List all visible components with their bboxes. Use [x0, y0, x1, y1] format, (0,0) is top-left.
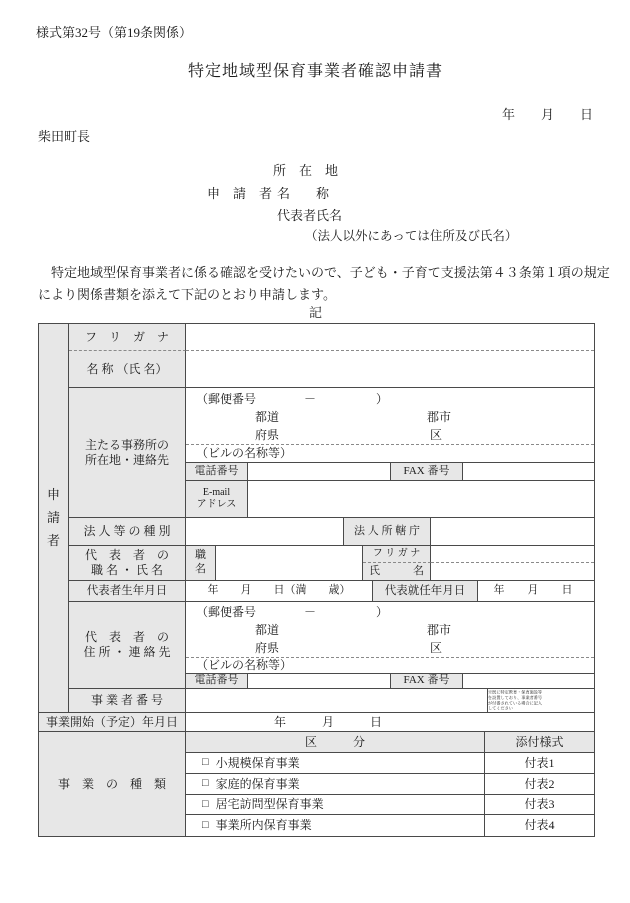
rep-furigana-label: フ リ ガ ナ	[363, 546, 431, 563]
business-type-label: 事 業 の 種 類	[39, 732, 186, 836]
name-field[interactable]	[186, 351, 594, 388]
office-address-field[interactable]: （郵便番号 － ） 都道郡市 府県区	[186, 388, 594, 445]
addressee: 柴田町長	[38, 126, 90, 145]
applicant-vertical-label: 申 請 者	[39, 324, 69, 713]
furigana-label: フ リ ガ ナ	[69, 324, 186, 351]
rep-building-field[interactable]: （ビルの名称等）	[186, 658, 594, 674]
office-tel-field[interactable]	[248, 463, 391, 481]
checkbox-icon[interactable]: □	[202, 756, 209, 770]
applicant-label: 申 請 者	[207, 183, 272, 202]
corp-authority-label: 法 人 所 轄 庁	[344, 518, 431, 546]
business-type-row-small-scale[interactable]: □小規模保育事業	[186, 753, 485, 774]
business-number-note: ※既に特定教育・保育施設等を設置しており、事業者番号が付番されている場合に記入し…	[488, 689, 594, 713]
birth-date-field[interactable]: 年 月 日（満 歳）	[186, 581, 373, 602]
rep-pref-line2: 府県区	[186, 639, 594, 657]
rep-tel-label: 電話番号	[186, 674, 248, 689]
applicant-name-label: 名 称	[277, 183, 329, 202]
body-paragraph-line1: 特定地域型保育事業者に係る確認を受けたいので、子ども・子育て支援法第４３条第１項…	[38, 262, 594, 281]
rep-postal-line[interactable]: （郵便番号 － ）	[186, 604, 594, 622]
office-building-field[interactable]: （ビルの名称等）	[186, 445, 594, 463]
appointment-date-field[interactable]: 年 月 日	[478, 581, 594, 602]
application-table: 申 請 者 事業開始（予定）年月日 事 業 の 種 類 フ リ ガ ナ 名 称 …	[38, 323, 595, 837]
corp-type-field[interactable]	[186, 518, 344, 546]
non-corporate-note: （法人以外にあっては住所及び氏名）	[305, 226, 517, 244]
office-postal-line[interactable]: （郵便番号 － ）	[186, 390, 594, 408]
form-number: 様式第32号（第19条関係）	[36, 22, 192, 41]
start-date-field[interactable]: 年 月 日	[186, 713, 594, 732]
business-number-label: 事 業 者 番 号	[69, 689, 186, 713]
office-tel-label: 電話番号	[186, 463, 248, 481]
date-line[interactable]: 年 月 日	[38, 104, 593, 123]
rep-name-label: 氏 名	[363, 563, 431, 581]
representative-name-label: 代表者氏名	[277, 205, 342, 224]
body-paragraph-line2: により関係書類を添えて下記のとおり申請します。	[38, 284, 594, 303]
corp-type-label: 法 人 等 の 種 別	[69, 518, 186, 546]
checkbox-icon[interactable]: □	[202, 798, 209, 812]
rep-furigana-field[interactable]	[431, 546, 594, 563]
start-date-label: 事業開始（予定）年月日	[39, 713, 186, 732]
rep-pref-line1: 都道郡市	[186, 622, 594, 640]
checkbox-icon[interactable]: □	[202, 819, 209, 833]
rep-name-field[interactable]	[431, 563, 594, 581]
name-label: 名 称 （氏 名）	[69, 351, 186, 388]
attached-form-4: 付表4	[485, 815, 594, 836]
corp-authority-field[interactable]	[431, 518, 594, 546]
post-title-label: 職 名	[186, 546, 216, 581]
rep-address-field[interactable]: （郵便番号 － ） 都道郡市 府県区	[186, 602, 594, 658]
business-type-row-home[interactable]: □家庭的保育事業	[186, 774, 485, 795]
rep-title-name-label: 代 表 者 の 職 名 ・ 氏 名	[69, 546, 186, 581]
rep-tel-field[interactable]	[248, 674, 391, 689]
email-label: E-mail アドレス	[186, 481, 248, 518]
attached-form-header: 添付様式	[485, 732, 594, 753]
rep-fax-field[interactable]	[463, 674, 594, 689]
attached-form-1: 付表1	[485, 753, 594, 774]
furigana-field[interactable]	[186, 324, 594, 351]
attached-form-3: 付表3	[485, 795, 594, 815]
birth-date-label: 代表者生年月日	[69, 581, 186, 602]
applicant-address-label: 所 在 地	[273, 160, 338, 179]
business-number-field[interactable]	[186, 689, 488, 713]
post-title-field[interactable]	[216, 546, 363, 581]
rep-address-label: 代 表 者 の 住 所 ・ 連 絡 先	[69, 602, 186, 689]
page-title: 特定地域型保育事業者確認申請書	[38, 58, 593, 81]
appointment-date-label: 代表就任年月日	[373, 581, 478, 602]
office-pref-line1: 都道郡市	[186, 408, 594, 426]
business-type-row-visiting[interactable]: □居宅訪問型保育事業	[186, 795, 485, 815]
office-pref-line2: 府県区	[186, 426, 594, 444]
office-address-label: 主たる事務所の 所在地・連絡先	[69, 388, 186, 518]
attached-form-2: 付表2	[485, 774, 594, 795]
checkbox-icon[interactable]: □	[202, 777, 209, 791]
category-header: 区 分	[186, 732, 485, 753]
email-field[interactable]	[248, 481, 594, 518]
business-type-row-workplace[interactable]: □事業所内保育事業	[186, 815, 485, 836]
office-fax-field[interactable]	[463, 463, 594, 481]
rep-fax-label: FAX 番号	[391, 674, 463, 689]
application-form-page: 様式第32号（第19条関係） 特定地域型保育事業者確認申請書 年 月 日 柴田町…	[0, 0, 630, 903]
record-mark: 記	[38, 302, 593, 321]
office-fax-label: FAX 番号	[391, 463, 463, 481]
